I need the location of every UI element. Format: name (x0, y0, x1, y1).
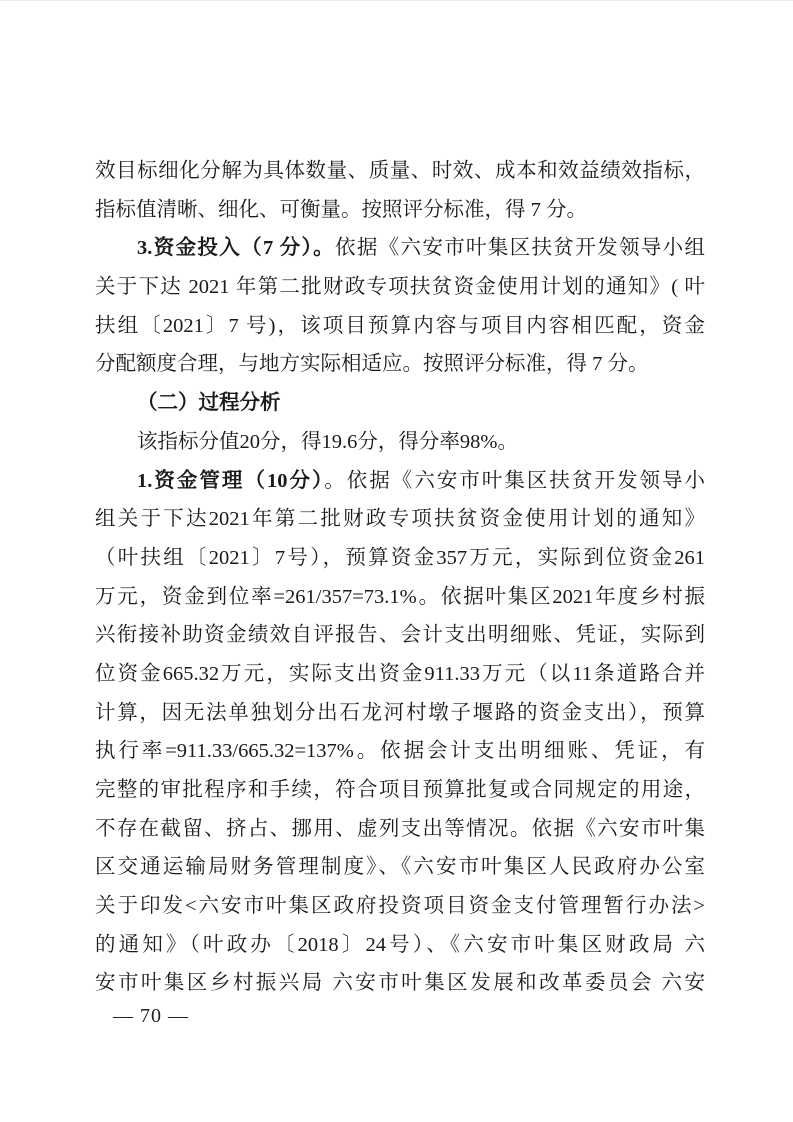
section-heading-process-analysis: （二）过程分析 (95, 384, 705, 423)
doc-line: 位资金665.32万元，实际支出资金911.33万元（以11条道路合并 (95, 655, 705, 694)
doc-line: 效目标细化分解为具体数量、质量、时效、成本和效益绩效指标， (95, 152, 705, 191)
paragraph-lead-bold: 1.资金管理（10分） (137, 470, 324, 492)
doc-line: 1.资金管理（10分）。依据《六安市叶集区扶贫开发领导小 (95, 462, 705, 501)
doc-line: 分配额度合理，与地方实际相适应。按照评分标准，得 7 分。 (95, 345, 705, 384)
doc-line: 计算，因无法单独划分出石龙河村墩子堰路的资金支出），预算 (95, 694, 705, 733)
page-number: — 70 — (113, 1003, 189, 1029)
doc-line: 组关于下达2021年第二批财政专项扶贫资金使用计划的通知》 (95, 500, 705, 539)
document-body: 效目标细化分解为具体数量、质量、时效、成本和效益绩效指标， 指标值清晰、细化、可… (95, 152, 705, 1003)
paragraph-lead-bold: 3.资金投入（7 分）。 (137, 237, 335, 259)
doc-line: 安市叶集区乡村振兴局 六安市叶集区发展和改革委员会 六安 (95, 964, 705, 1003)
doc-line: 区交通运输局财务管理制度》、《六安市叶集区人民政府办公室 (95, 848, 705, 887)
doc-line: 关于下达 2021 年第二批财政专项扶贫资金使用计划的通知》( 叶 (95, 268, 705, 307)
doc-line: 万元，资金到位率=261/357=73.1%。依据叶集区2021年度乡村振 (95, 578, 705, 617)
doc-line: 该指标分值20分，得19.6分，得分率98%。 (95, 423, 705, 462)
doc-line: 不存在截留、挤占、挪用、虚列支出等情况。依据《六安市叶集 (95, 810, 705, 849)
doc-line: 关于印发<六安市叶集区政府投资项目资金支付管理暂行办法> (95, 887, 705, 926)
doc-line: 执行率=911.33/665.32=137%。依据会计支出明细账、凭证，有 (95, 732, 705, 771)
doc-line: 完整的审批程序和手续，符合项目预算批复或合同规定的用途， (95, 771, 705, 810)
doc-line-text: 依据《六安市叶集区扶贫开发领导小组 (335, 237, 705, 259)
doc-line-text: 。依据《六安市叶集区扶贫开发领导小 (324, 470, 705, 492)
doc-line: 3.资金投入（7 分）。依据《六安市叶集区扶贫开发领导小组 (95, 229, 705, 268)
document-page: 效目标细化分解为具体数量、质量、时效、成本和效益绩效指标， 指标值清晰、细化、可… (0, 0, 793, 1122)
doc-line: （叶扶组〔2021〕7号），预算资金357万元，实际到位资金261 (95, 539, 705, 578)
doc-line: 的通知》（叶政办〔2018〕24号）、《六安市叶集区财政局 六 (95, 926, 705, 965)
doc-line: 兴衔接补助资金绩效自评报告、会计支出明细账、凭证，实际到 (95, 616, 705, 655)
doc-line: 扶组〔2021〕7 号)，该项目预算内容与项目内容相匹配，资金 (95, 307, 705, 346)
doc-line: 指标值清晰、细化、可衡量。按照评分标准，得 7 分。 (95, 191, 705, 230)
